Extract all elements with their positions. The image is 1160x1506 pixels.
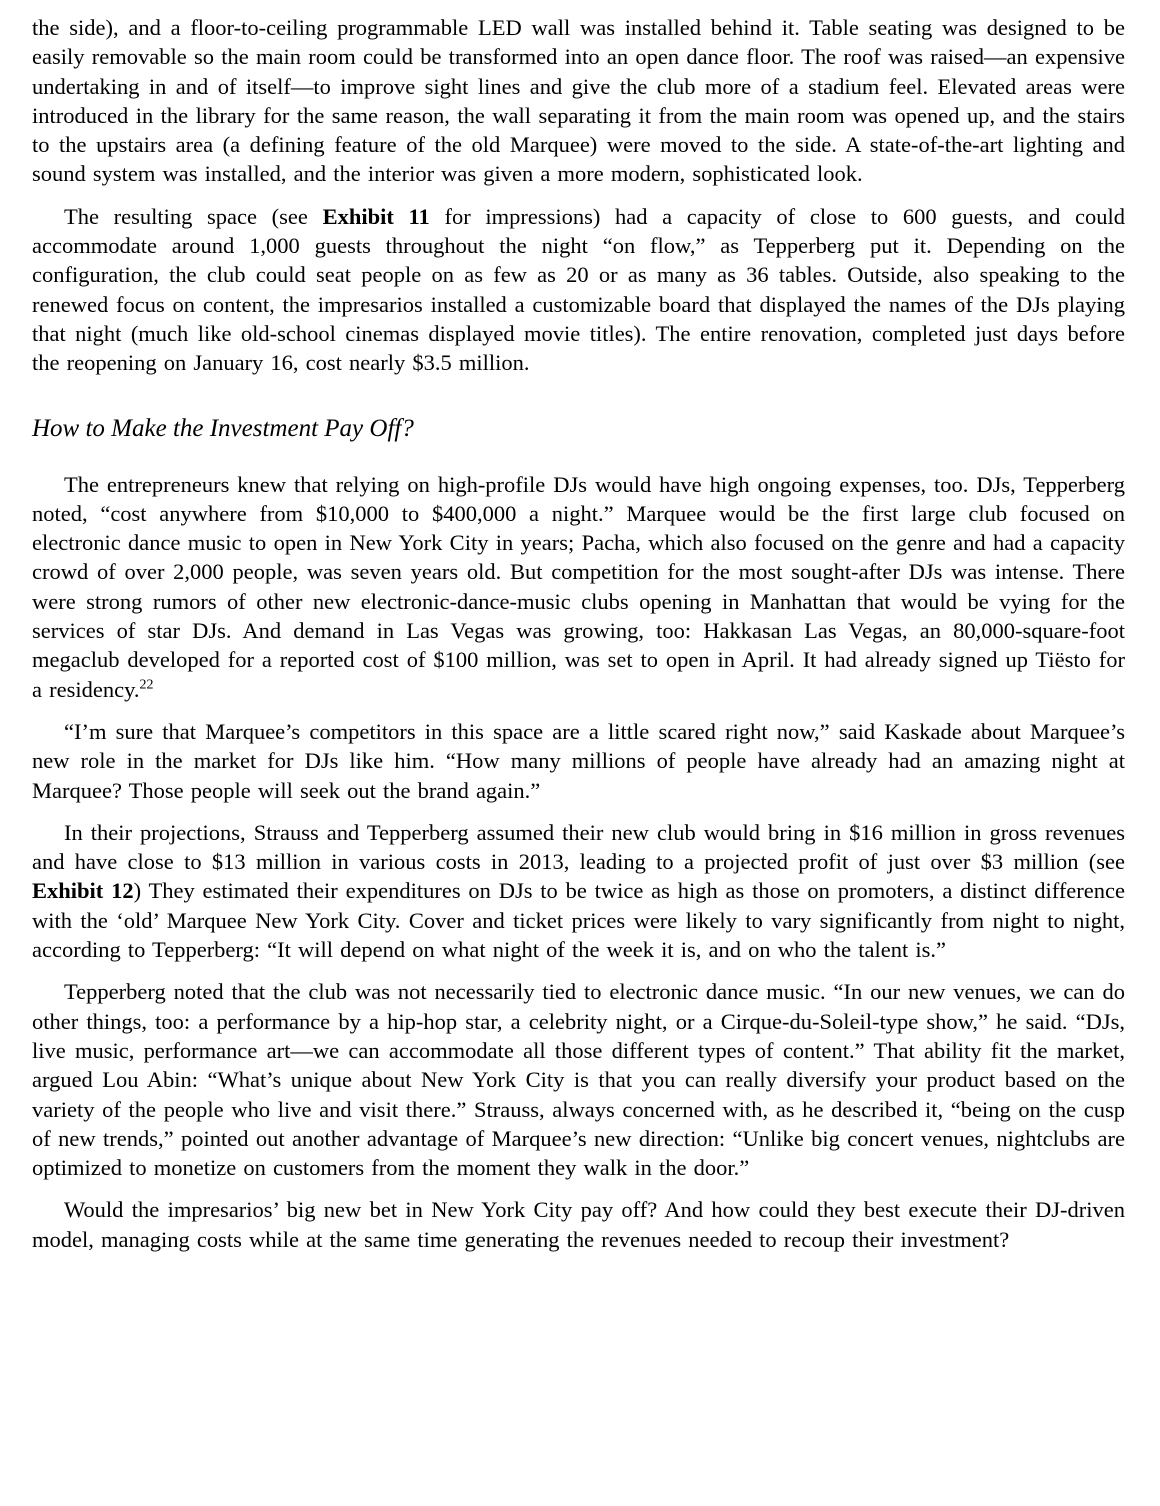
paragraph-text-segment: ) They estimated their expenditures on D… xyxy=(32,878,1125,962)
paragraph-kaskade-quote: “I’m sure that Marquee’s competitors in … xyxy=(32,717,1125,805)
paragraph-renovation: the side), and a floor-to-ceiling progra… xyxy=(32,13,1125,189)
section-heading: How to Make the Investment Pay Off? xyxy=(32,414,1125,444)
paragraph-text-segment: The resulting space (see xyxy=(64,204,323,229)
paragraph-dj-expenses: The entrepreneurs knew that relying on h… xyxy=(32,470,1125,704)
paragraph-text-segment: In their projections, Strauss and Tepper… xyxy=(32,820,1125,874)
exhibit-11-reference: Exhibit 11 xyxy=(323,204,430,229)
paragraph-content-flexibility: Tepperberg noted that the club was not n… xyxy=(32,977,1125,1182)
exhibit-12-reference: Exhibit 12 xyxy=(32,878,134,903)
paragraph-text-segment: The entrepreneurs knew that relying on h… xyxy=(32,472,1125,702)
paragraph-closing-questions: Would the impresarios’ big new bet in Ne… xyxy=(32,1195,1125,1254)
paragraph-resulting-space: The resulting space (see Exhibit 11 for … xyxy=(32,202,1125,378)
paragraph-projections: In their projections, Strauss and Tepper… xyxy=(32,818,1125,964)
footnote-reference-22: 22 xyxy=(140,677,154,692)
document-page: the side), and a floor-to-ceiling progra… xyxy=(0,0,1160,1506)
paragraph-text-segment: for impressions) had a capacity of close… xyxy=(32,204,1125,375)
